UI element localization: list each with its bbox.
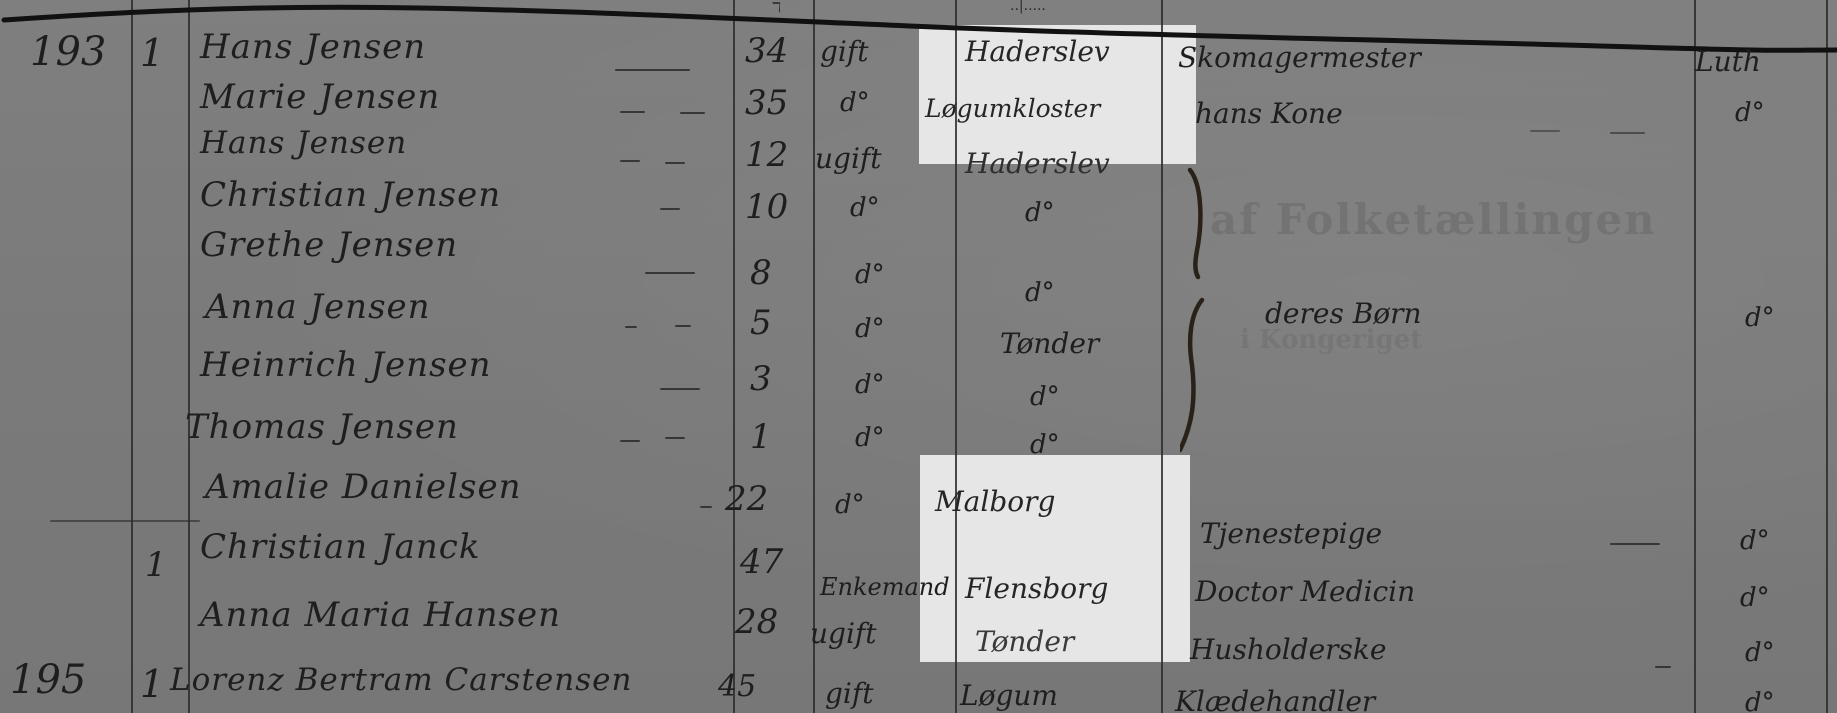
age: 1 — [750, 420, 772, 454]
occupation: Husholderske — [1190, 636, 1386, 664]
religion-ditto: d° — [1735, 100, 1765, 126]
civil-status-ditto: d° — [855, 262, 885, 288]
birthplace-ditto: d° — [1030, 432, 1060, 458]
person-name: Christian Janck — [200, 530, 480, 564]
age: 22 — [725, 482, 768, 516]
household-number: 195 — [10, 660, 86, 700]
person-name: Hans Jensen — [200, 30, 426, 64]
occupation: deres Børn — [1265, 300, 1422, 328]
religion-ditto: d° — [1740, 528, 1770, 554]
person-name: Grethe Jensen — [200, 228, 458, 262]
person-name: Lorenz Bertram Carstensen — [170, 665, 632, 696]
civil-status-ditto: d° — [835, 492, 865, 518]
fill-dash — [1530, 130, 1560, 132]
age: 34 — [745, 34, 788, 68]
birthplace: Haderslev — [965, 38, 1110, 66]
column-rule-occupation — [1694, 0, 1696, 713]
fill-dash — [645, 272, 695, 274]
religion: Luth — [1695, 48, 1761, 76]
civil-status-ditto: d° — [850, 195, 880, 221]
civil-status: Enkemand — [820, 575, 950, 599]
fill-dash — [1655, 666, 1671, 668]
fill-dash — [675, 325, 691, 327]
column-rule-age — [813, 0, 815, 713]
religion-ditto: d° — [1745, 305, 1775, 331]
civil-status: gift — [820, 38, 869, 66]
person-name: Heinrich Jensen — [200, 348, 492, 382]
column-rule-birthplace — [1161, 0, 1163, 713]
fill-dash — [620, 440, 640, 442]
civil-status-ditto: d° — [855, 316, 885, 342]
civil-status-ditto: d° — [855, 425, 885, 451]
fill-dash — [700, 506, 712, 508]
fill-dash — [680, 112, 705, 114]
fill-dash — [660, 208, 680, 210]
fill-dash — [1610, 543, 1660, 545]
birthplace: Malborg — [935, 488, 1055, 516]
age: 28 — [735, 605, 778, 639]
household-separator-line — [50, 520, 200, 522]
column-rule-religion — [1826, 0, 1828, 713]
civil-status: ugift — [815, 145, 882, 173]
fill-dash — [620, 160, 640, 162]
fill-dash — [615, 69, 690, 71]
header-occupation-fragment: ..|..... — [1010, 0, 1046, 14]
occupation: hans Kone — [1195, 100, 1343, 128]
column-rule-family — [188, 0, 190, 713]
civil-status-ditto: d° — [840, 90, 870, 116]
occupation: Tjenestepige — [1200, 520, 1382, 548]
birthplace-ditto: d° — [1025, 280, 1055, 306]
census-register-page: af Folketællingen i Kongeriget ℸ ..|....… — [0, 0, 1837, 713]
family-number: 1 — [140, 34, 164, 72]
person-name: Hans Jensen — [200, 128, 407, 159]
fill-dash — [665, 162, 685, 164]
birthplace: Haderslev — [965, 150, 1110, 178]
age: 3 — [750, 362, 772, 396]
age: 10 — [745, 190, 788, 224]
birthplace: Tønder — [1000, 330, 1099, 358]
occupation: Skomagermester — [1178, 44, 1421, 72]
civil-status: ugift — [810, 620, 877, 648]
fill-dash — [625, 326, 637, 328]
birthplace: Løgumkloster — [925, 96, 1100, 121]
household-number: 193 — [30, 32, 106, 72]
person-name: Thomas Jensen — [185, 410, 459, 444]
occupation: Klædehandler — [1175, 688, 1375, 713]
religion-ditto: d° — [1745, 690, 1775, 713]
family-number: 1 — [145, 548, 167, 582]
civil-status-ditto: d° — [855, 372, 885, 398]
birthplace: Løgum — [960, 682, 1058, 710]
fill-dash — [660, 388, 700, 390]
fill-dash — [620, 111, 645, 113]
person-name: Amalie Danielsen — [205, 470, 522, 504]
bleed-through-print-heading: af Folketællingen — [1210, 195, 1657, 244]
birthplace: Flensborg — [965, 575, 1108, 603]
column-rule-household — [131, 0, 133, 713]
person-name: Marie Jensen — [200, 80, 440, 114]
religion-ditto: d° — [1740, 585, 1770, 611]
birthplace-ditto: d° — [1025, 200, 1055, 226]
age: 35 — [745, 86, 788, 120]
age: 8 — [750, 256, 772, 290]
family-number: 1 — [140, 665, 164, 703]
civil-status: gift — [825, 680, 874, 708]
age: 5 — [750, 306, 772, 340]
birthplace: Tønder — [975, 628, 1074, 656]
header-age-fragment: ℸ — [772, 0, 781, 16]
age: 12 — [745, 138, 788, 172]
occupation: Doctor Medicin — [1195, 578, 1415, 606]
fill-dash — [1610, 132, 1645, 134]
person-name: Christian Jensen — [200, 178, 501, 212]
age: 45 — [718, 672, 756, 702]
fill-dash — [665, 437, 685, 439]
age: 47 — [740, 545, 783, 579]
birthplace-ditto: d° — [1030, 384, 1060, 410]
person-name: Anna Maria Hansen — [200, 598, 561, 632]
religion-ditto: d° — [1745, 640, 1775, 666]
person-name: Anna Jensen — [205, 290, 431, 324]
